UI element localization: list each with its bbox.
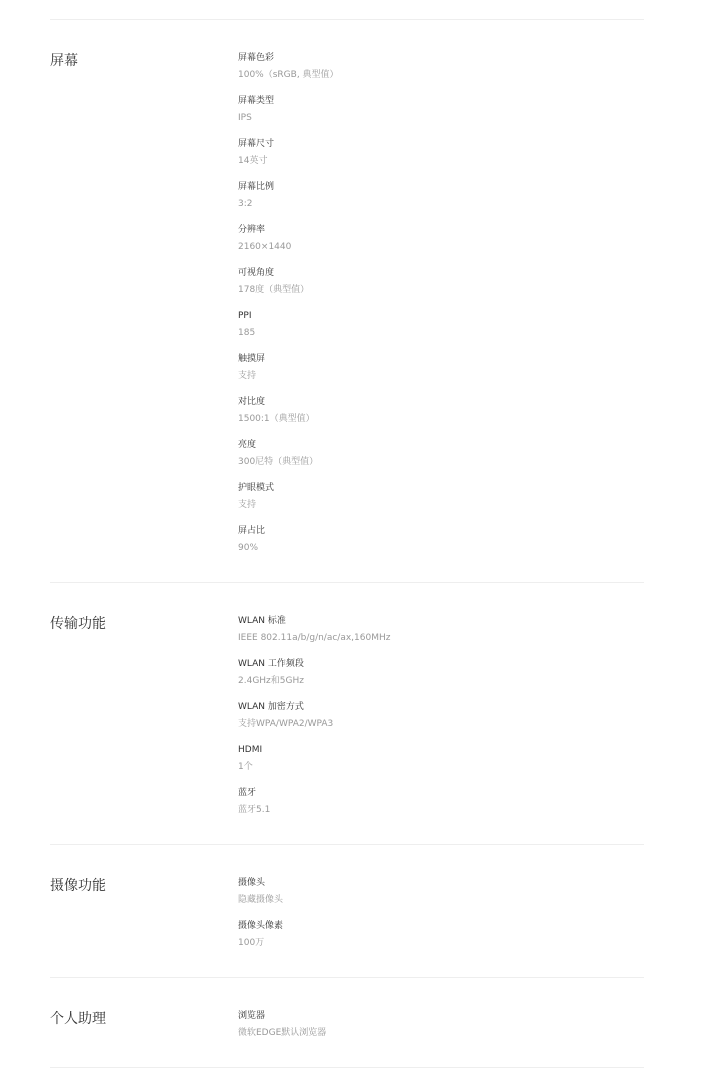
spec-label: WLAN 加密方式 <box>238 701 390 713</box>
spec-item-screen-size: 屏幕尺寸 14英寸 <box>238 138 339 167</box>
spec-value: 100%（sRGB, 典型值） <box>238 69 339 81</box>
spec-label: 屏占比 <box>238 525 339 537</box>
spec-value: 1500:1（典型值） <box>238 413 339 425</box>
spec-label: 摄像头像素 <box>238 920 283 932</box>
section-connectivity: 传输功能 WLAN 标准 IEEE 802.11a/b/g/n/ac/ax,16… <box>50 615 644 816</box>
spec-label: 分辨率 <box>238 224 339 236</box>
spec-value: 支持 <box>238 370 339 382</box>
section-title: 传输功能 <box>50 615 238 816</box>
spec-value: 178度（典型值） <box>238 284 339 296</box>
spec-value: 300尼特（典型值） <box>238 456 339 468</box>
section-divider <box>50 582 644 583</box>
spec-value: 支持WPA/WPA2/WPA3 <box>238 718 390 730</box>
spec-list: WLAN 标准 IEEE 802.11a/b/g/n/ac/ax,160MHz … <box>238 615 390 816</box>
spec-item-contrast: 对比度 1500:1（典型值） <box>238 396 339 425</box>
spec-label: WLAN 标准 <box>238 615 390 627</box>
section-title: 屏幕 <box>50 52 238 554</box>
section-divider <box>50 977 644 978</box>
spec-label: 护眼模式 <box>238 482 339 494</box>
spec-value: 2.4GHz和5GHz <box>238 675 390 687</box>
spec-label: WLAN 工作频段 <box>238 658 390 670</box>
spec-value: 2160×1440 <box>238 241 339 253</box>
spec-value: 185 <box>238 327 339 339</box>
spec-list: 浏览器 微软EDGE默认浏览器 <box>238 1010 326 1039</box>
spec-item-screen-color: 屏幕色彩 100%（sRGB, 典型值） <box>238 52 339 81</box>
spec-item-browser: 浏览器 微软EDGE默认浏览器 <box>238 1010 326 1039</box>
spec-label: 蓝牙 <box>238 787 390 799</box>
spec-item-ppi: PPI 185 <box>238 310 339 339</box>
spec-value: 微软EDGE默认浏览器 <box>238 1027 326 1039</box>
spec-label: PPI <box>238 310 339 322</box>
spec-label: 对比度 <box>238 396 339 408</box>
section-divider <box>50 844 644 845</box>
spec-label: 屏幕尺寸 <box>238 138 339 150</box>
spec-item-wlan-encryption: WLAN 加密方式 支持WPA/WPA2/WPA3 <box>238 701 390 730</box>
section-divider <box>50 1067 644 1068</box>
spec-label: 可视角度 <box>238 267 339 279</box>
spec-label: 亮度 <box>238 439 339 451</box>
spec-value: IPS <box>238 112 339 124</box>
spec-label: 屏幕比例 <box>238 181 339 193</box>
spec-label: 摄像头 <box>238 877 283 889</box>
spec-value: 14英寸 <box>238 155 339 167</box>
spec-label: 浏览器 <box>238 1010 326 1022</box>
spec-value: 90% <box>238 542 339 554</box>
spec-item-hdmi: HDMI 1个 <box>238 744 390 773</box>
spec-item-camera-resolution: 摄像头像素 100万 <box>238 920 283 949</box>
spec-item-screen-to-body: 屏占比 90% <box>238 525 339 554</box>
spec-item-resolution: 分辨率 2160×1440 <box>238 224 339 253</box>
section-divider <box>50 19 644 20</box>
spec-value: 支持 <box>238 499 339 511</box>
section-title: 摄像功能 <box>50 877 238 949</box>
spec-item-viewing-angle: 可视角度 178度（典型值） <box>238 267 339 296</box>
section-screen: 屏幕 屏幕色彩 100%（sRGB, 典型值） 屏幕类型 IPS 屏幕尺寸 14… <box>50 52 644 554</box>
spec-label: 触摸屏 <box>238 353 339 365</box>
section-title: 个人助理 <box>50 1010 238 1039</box>
spec-item-wlan-band: WLAN 工作频段 2.4GHz和5GHz <box>238 658 390 687</box>
spec-item-brightness: 亮度 300尼特（典型值） <box>238 439 339 468</box>
spec-sheet: 屏幕 屏幕色彩 100%（sRGB, 典型值） 屏幕类型 IPS 屏幕尺寸 14… <box>50 0 644 1068</box>
spec-value: 蓝牙5.1 <box>238 804 390 816</box>
spec-item-camera: 摄像头 隐藏摄像头 <box>238 877 283 906</box>
spec-label: 屏幕色彩 <box>238 52 339 64</box>
section-personal-assistant: 个人助理 浏览器 微软EDGE默认浏览器 <box>50 1010 644 1039</box>
spec-item-screen-type: 屏幕类型 IPS <box>238 95 339 124</box>
spec-item-eye-care: 护眼模式 支持 <box>238 482 339 511</box>
spec-value: 1个 <box>238 761 390 773</box>
spec-label: 屏幕类型 <box>238 95 339 107</box>
spec-label: HDMI <box>238 744 390 756</box>
spec-item-bluetooth: 蓝牙 蓝牙5.1 <box>238 787 390 816</box>
spec-value: IEEE 802.11a/b/g/n/ac/ax,160MHz <box>238 632 390 644</box>
spec-item-wlan-standard: WLAN 标准 IEEE 802.11a/b/g/n/ac/ax,160MHz <box>238 615 390 644</box>
section-camera: 摄像功能 摄像头 隐藏摄像头 摄像头像素 100万 <box>50 877 644 949</box>
spec-item-aspect-ratio: 屏幕比例 3:2 <box>238 181 339 210</box>
spec-list: 屏幕色彩 100%（sRGB, 典型值） 屏幕类型 IPS 屏幕尺寸 14英寸 … <box>238 52 339 554</box>
spec-value: 3:2 <box>238 198 339 210</box>
spec-value: 隐藏摄像头 <box>238 894 283 906</box>
spec-list: 摄像头 隐藏摄像头 摄像头像素 100万 <box>238 877 283 949</box>
spec-item-touchscreen: 触摸屏 支持 <box>238 353 339 382</box>
spec-value: 100万 <box>238 937 283 949</box>
